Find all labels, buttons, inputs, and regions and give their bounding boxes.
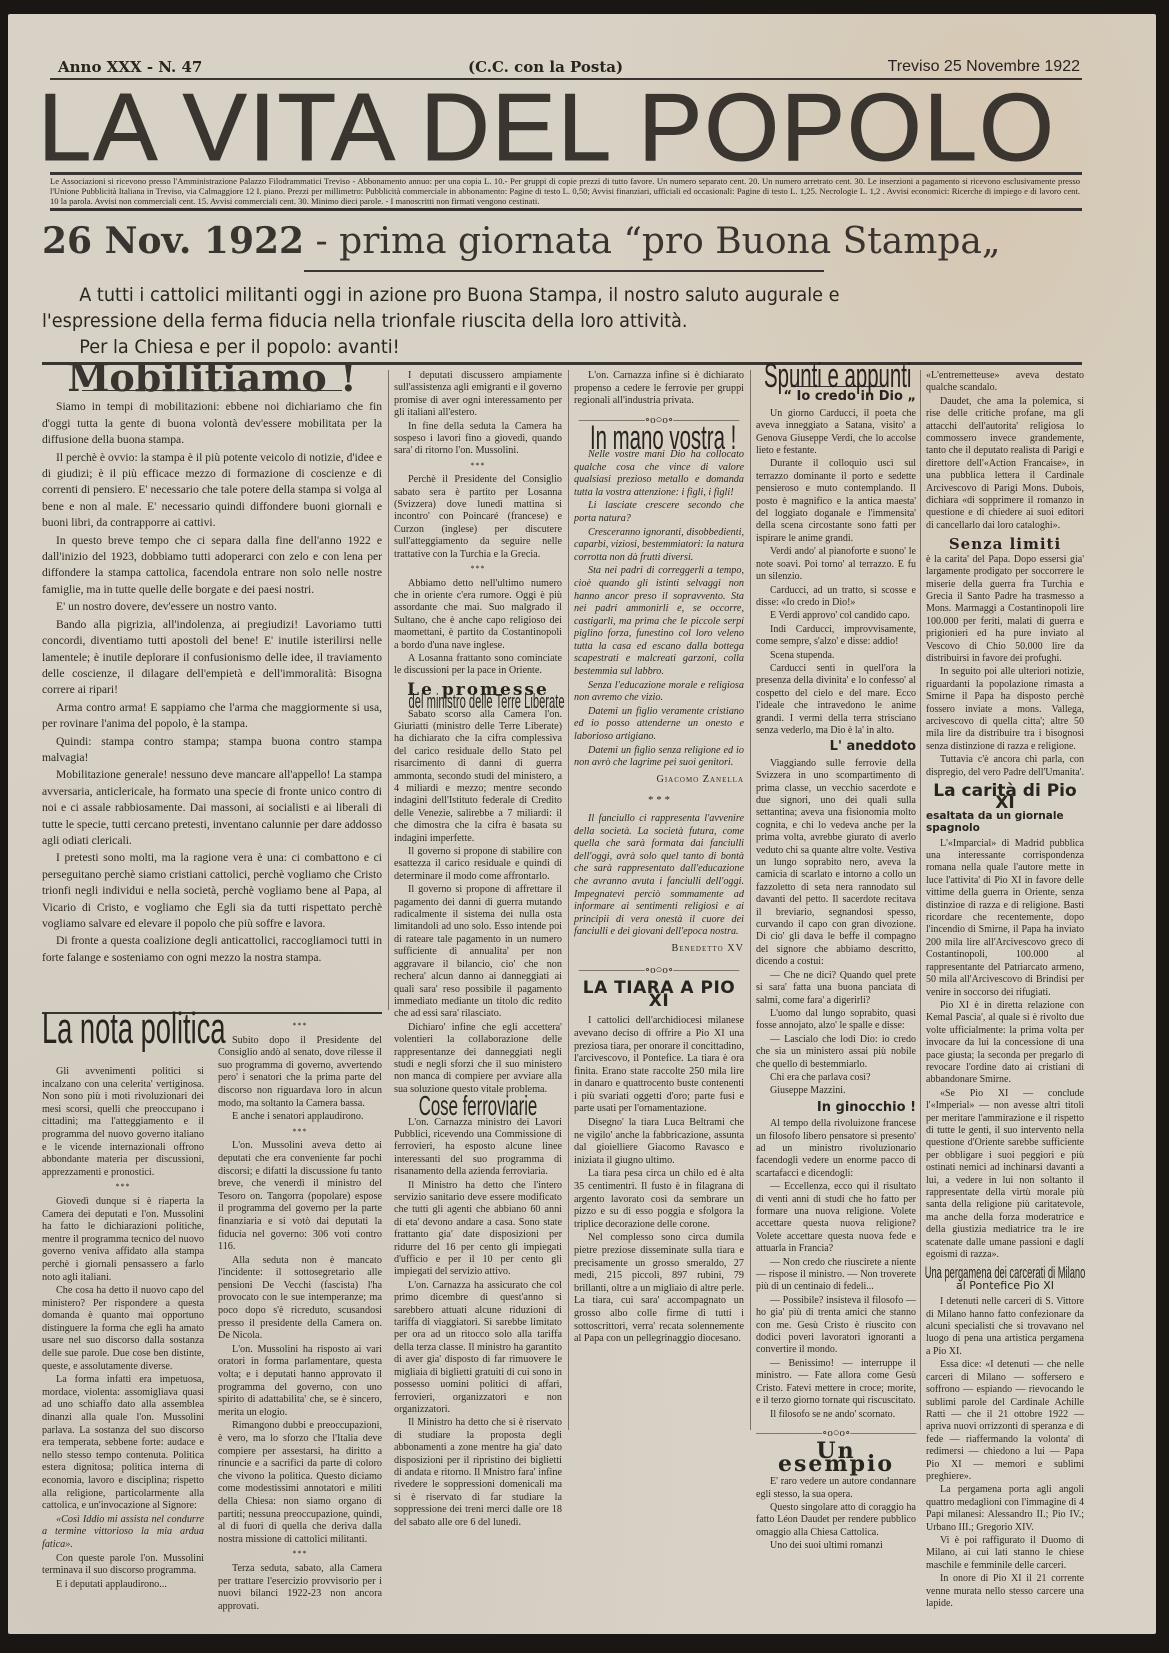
- paragraph: Essa dice: «I detenuti — che nelle carce…: [926, 1359, 1084, 1483]
- column-3: L'on. Carnazza infine si è dichiarato pr…: [574, 370, 744, 1347]
- paragraph: — Benissimo! — interruppe il ministro. —…: [756, 1358, 916, 1408]
- paragraph: «Se Pio XI — conclude l'«Imperial» — non…: [926, 1088, 1084, 1262]
- paragraph: Carducci sentì in quell'ora la presenza …: [756, 663, 916, 737]
- paragraph: Datemi un figlio veramente cristiano ed …: [574, 706, 744, 744]
- paragraph: Subito dopo il Presidente del Consiglio …: [218, 1035, 382, 1111]
- article-subtitle: del ministro delle Terre Liberate: [409, 696, 548, 708]
- paragraph: — Eccellenza, ecco qui il risultato di v…: [756, 1181, 916, 1255]
- paragraph: L'on. Carnazza infine si è dichiarato pr…: [574, 370, 744, 408]
- paragraph: è la carita' del Papa. Dopo essersi gia'…: [926, 554, 1084, 666]
- paragraph: La pergamena porta agli angoli quattro m…: [926, 1484, 1084, 1534]
- paragraph: Carducci, ad un tratto, si scosse e diss…: [756, 585, 916, 610]
- signature: Giacomo Zanella: [574, 774, 744, 787]
- paragraph: Terza seduta, sabato, alla Camera per tr…: [218, 1563, 382, 1613]
- paragraph: Disegno' la tiara Luca Beltrami che ne v…: [574, 1117, 744, 1167]
- section-separator: ***: [42, 1181, 204, 1194]
- paragraph: Li lasciate crescere secondo che porta n…: [574, 500, 744, 525]
- article-title: In ginocchio !: [756, 1102, 916, 1114]
- asterism: * * *: [574, 794, 744, 807]
- article-title: Un esempio: [756, 1445, 916, 1470]
- article-title: In mano vostra !: [590, 432, 728, 445]
- paragraph: Mobilitazione generale! nessuno deve man…: [42, 767, 382, 849]
- paragraph: In seguito poi alle ulteriori notizie, r…: [926, 666, 1084, 753]
- paragraph: Il governo si propone di stabilire con e…: [394, 846, 562, 883]
- paragraph: Questo singolare atto di coraggio ha fat…: [756, 1502, 916, 1539]
- paragraph: Senza l'educazione morale e religiosa no…: [574, 680, 744, 705]
- paragraph: Il governo si propone di affrettare il p…: [394, 884, 562, 1020]
- article-title: Senza limiti: [926, 538, 1084, 550]
- paragraph: Gli avvenimenti politici si incalzano co…: [42, 1066, 204, 1179]
- newspaper-page: Anno XXX - N. 47 (C.C. con la Posta) Tre…: [8, 14, 1156, 1634]
- article-title: La carità di Pio XI: [926, 785, 1084, 810]
- section-title: Spunti e appunti: [764, 370, 908, 382]
- paragraph: Un giorno Carducci, il poeta che aveva i…: [756, 408, 916, 458]
- paragraph: Il Ministro ha detto che si è riservato …: [394, 1417, 562, 1529]
- paragraph: E Verdi approvo' col candido capo.: [756, 610, 916, 622]
- paragraph: — Lascialo che lodi Dio: io credo che si…: [756, 1034, 916, 1071]
- ornament-divider: ——————∘o○o∘——————: [574, 964, 744, 977]
- main-headline: 26 Nov. 1922 - prima giornata “pro Buona…: [42, 220, 1092, 262]
- paragraph: Al tempo della rivoluizone francese un f…: [756, 1118, 916, 1180]
- paragraph: Con queste parole l'on. Mussolini termin…: [42, 1553, 204, 1578]
- paragraph: Viaggiando sulle ferrovie della Svizzera…: [756, 758, 916, 969]
- paragraph: Il Ministro ha detto che l'intero serviz…: [394, 1180, 562, 1279]
- paragraph: L'«Imparcial» di Madrid pubblica una int…: [926, 838, 1084, 999]
- paragraph: Bando alla pigrizia, all'indolenza, ai p…: [42, 617, 382, 699]
- subscription-info: Le Associazioni si ricevono presso l'Amm…: [50, 176, 1080, 206]
- article-title: La nota politica: [42, 1022, 216, 1035]
- paragraph: Che cosa ha detto il nuovo capo del mini…: [42, 1285, 204, 1373]
- article-title: L' aneddoto: [756, 741, 916, 753]
- paragraph: — Che ne dici? Quando quel prete si sara…: [756, 970, 916, 1007]
- article-title: Mobilitiamo !: [42, 370, 382, 390]
- paragraph: Uno dei suoi ultimi romanzi: [756, 1540, 916, 1552]
- nota-politica-col-a: Gli avvenimenti politici si incalzano co…: [42, 1066, 204, 1592]
- paragraph: In onore di Pio XI il 21 corrente venne …: [926, 1573, 1084, 1610]
- headline-date: 26 Nov. 1922: [42, 220, 304, 262]
- paragraph: La tiara pesa circa un chilo ed è alta 3…: [574, 1168, 744, 1231]
- paragraph: Rimangono dubbi e preoccupazioni, è vero…: [218, 1420, 382, 1546]
- article-title: Una pergamena dei carcerati di Milano: [923, 1267, 1087, 1279]
- nota-politica-col-b: *** Subito dopo il Presidente del Consig…: [218, 1018, 382, 1614]
- paragraph: Di fronte a questa coalizione degli anti…: [42, 933, 382, 966]
- paragraph: Verdi ando' al pianoforte e suono' le no…: [756, 546, 916, 583]
- section-separator: ***: [218, 1548, 382, 1561]
- column-rule: [920, 370, 921, 1430]
- paragraph: Daudet, che ama la polemica, si rise del…: [926, 396, 1084, 532]
- divider: [304, 270, 824, 272]
- paragraph: E' raro vedere un autore condannare egli…: [756, 1476, 916, 1501]
- article-subtitle: esaltata da un giornale spagnolo: [926, 810, 1084, 835]
- paragraph: Cresceranno ignoranti, disobbedienti, ca…: [574, 527, 744, 565]
- headline-separator: -: [304, 221, 339, 262]
- column-2: I deputati discussero ampiamente sull'as…: [394, 370, 562, 1530]
- paragraph: Pio XI è in diretta relazione con Kemal …: [926, 1000, 1084, 1087]
- paragraph: E i deputati applaudirono...: [42, 1579, 204, 1592]
- paragraph: Nel complesso sono circa dumila pietre p…: [574, 1232, 744, 1345]
- paragraph: Alla seduta non è mancato l'incidente: i…: [218, 1255, 382, 1343]
- paragraph: Siamo in tempi di mobilitazioni: ebbene …: [42, 399, 382, 448]
- column-rule: [750, 370, 751, 1430]
- paragraph: Datemi un figlio senza religione ed io n…: [574, 745, 744, 770]
- paragraph: Sta nei padri di correggerli a tempo, ci…: [574, 565, 744, 678]
- paragraph: Vi è poi raffigurato il Duomo di Milano,…: [926, 1535, 1084, 1572]
- paragraph: Perchè il Presidente del Consiglio sabat…: [394, 474, 562, 561]
- section-separator: ***: [394, 460, 562, 472]
- paragraph-quote: Il fanciullo ci rappresenta l'avvenire d…: [574, 813, 744, 939]
- newspaper-title: LA VITA DEL POPOLO: [38, 84, 1088, 172]
- paragraph: I cattolici dell'archidiocesi milanese a…: [574, 1015, 744, 1116]
- paragraph: L'on. Carnazza ha assicurato che col pri…: [394, 1280, 562, 1416]
- paragraph: Chi era che parlava così?: [756, 1072, 916, 1084]
- paragraph: — Non credo che riuscirete a niente — ri…: [756, 1257, 916, 1294]
- article-mobilitiamo: Mobilitiamo ! Siamo in tempi di mobilita…: [42, 370, 382, 967]
- column-5: «L'entremetteuse» aveva destato qualche …: [926, 370, 1084, 1611]
- paragraph: Tuttavia c'è ancora chi parla, con dispr…: [926, 754, 1084, 779]
- paragraph: Dichiaro' infine che egli accettera' vol…: [394, 1022, 562, 1096]
- paragraph: Scena stupenda.: [756, 650, 916, 662]
- paragraph: Abbiamo detto nell'ultimo numero che in …: [394, 578, 562, 652]
- section-separator: ***: [218, 1020, 382, 1033]
- divider: [50, 208, 1082, 211]
- paragraph: Arma contro arma! E sappiamo che l'arma …: [42, 700, 382, 733]
- signature: Benedetto XV: [574, 943, 744, 956]
- paragraph: I pretesti sono molti, ma la ragione ver…: [42, 850, 382, 932]
- paragraph: L'on. Mussolini ha risposto ai vari orat…: [218, 1344, 382, 1420]
- paragraph: Giuseppe Mazzini.: [756, 1085, 916, 1097]
- headline-lede: A tutti i cattolici militanti oggi in az…: [42, 282, 1019, 360]
- paragraph: Giovedì dunque si è riaperta la Camera d…: [42, 1196, 204, 1284]
- column-rule: [388, 370, 389, 1010]
- paragraph: Durante il colloquio uscì sul terrazzo d…: [756, 458, 916, 545]
- paragraph: Indi Carducci, improvvisamente, come sem…: [756, 624, 916, 649]
- column-4: Spunti e appunti “ Io credo in Dio „ Un …: [756, 370, 916, 1554]
- article-title: Cose ferroviarie: [410, 1100, 547, 1112]
- article-title: LA TIARA A PIO XI: [574, 982, 744, 1007]
- paragraph: E anche i senatori applaudirono.: [218, 1111, 382, 1124]
- paragraph-quote: «Così Iddio mi assista nel condurre a te…: [42, 1514, 204, 1552]
- paragraph: Sabato scorso alla Camera l'on. Giuriatt…: [394, 709, 562, 845]
- column-rule: [568, 370, 569, 1430]
- paragraph: In fine della seduta la Camera ha sospes…: [394, 421, 562, 458]
- paragraph: Quindi: stampa contro stampa; stampa buo…: [42, 734, 382, 767]
- paragraph: A Losanna frattanto sono cominciate le d…: [394, 653, 562, 678]
- paragraph: — Possibile? insisteva il filosofo — ho …: [756, 1295, 916, 1357]
- paragraph: E' un nostro dovere, dev'essere un nostr…: [42, 599, 382, 615]
- lede-line: A tutti i cattolici militanti oggi in az…: [42, 282, 1019, 308]
- paragraph: L'uomo dal lungo soprabito, quasi fosse …: [756, 1008, 916, 1033]
- lede-line: l'espressione della ferma fiducia nella …: [42, 308, 1019, 334]
- section-separator: ***: [394, 563, 562, 575]
- paragraph: I detenuti nelle carceri di S. Vittore d…: [926, 1296, 1084, 1358]
- paragraph: Il perchè è ovvio: la stampa è il più po…: [42, 450, 382, 532]
- paragraph: In questo breve tempo che ci separa dall…: [42, 533, 382, 599]
- headline-text: prima giornata “pro Buona Stampa„: [339, 221, 1000, 262]
- paragraph: L'on. Mussolini aveva detto ai deputati …: [218, 1140, 382, 1253]
- paragraph: I deputati discussero ampiamente sull'as…: [394, 370, 562, 420]
- divider: [50, 172, 1082, 175]
- paragraph: La forma infatti era impetuosa, mordace,…: [42, 1374, 204, 1513]
- paragraph: «L'entremetteuse» aveva destato qualche …: [926, 370, 1084, 395]
- paragraph: Il filosofo se ne ando' scornato.: [756, 1409, 916, 1421]
- paragraph: L'on. Carnazza ministro dei Lavori Pubbl…: [394, 1117, 562, 1179]
- section-separator: ***: [218, 1126, 382, 1139]
